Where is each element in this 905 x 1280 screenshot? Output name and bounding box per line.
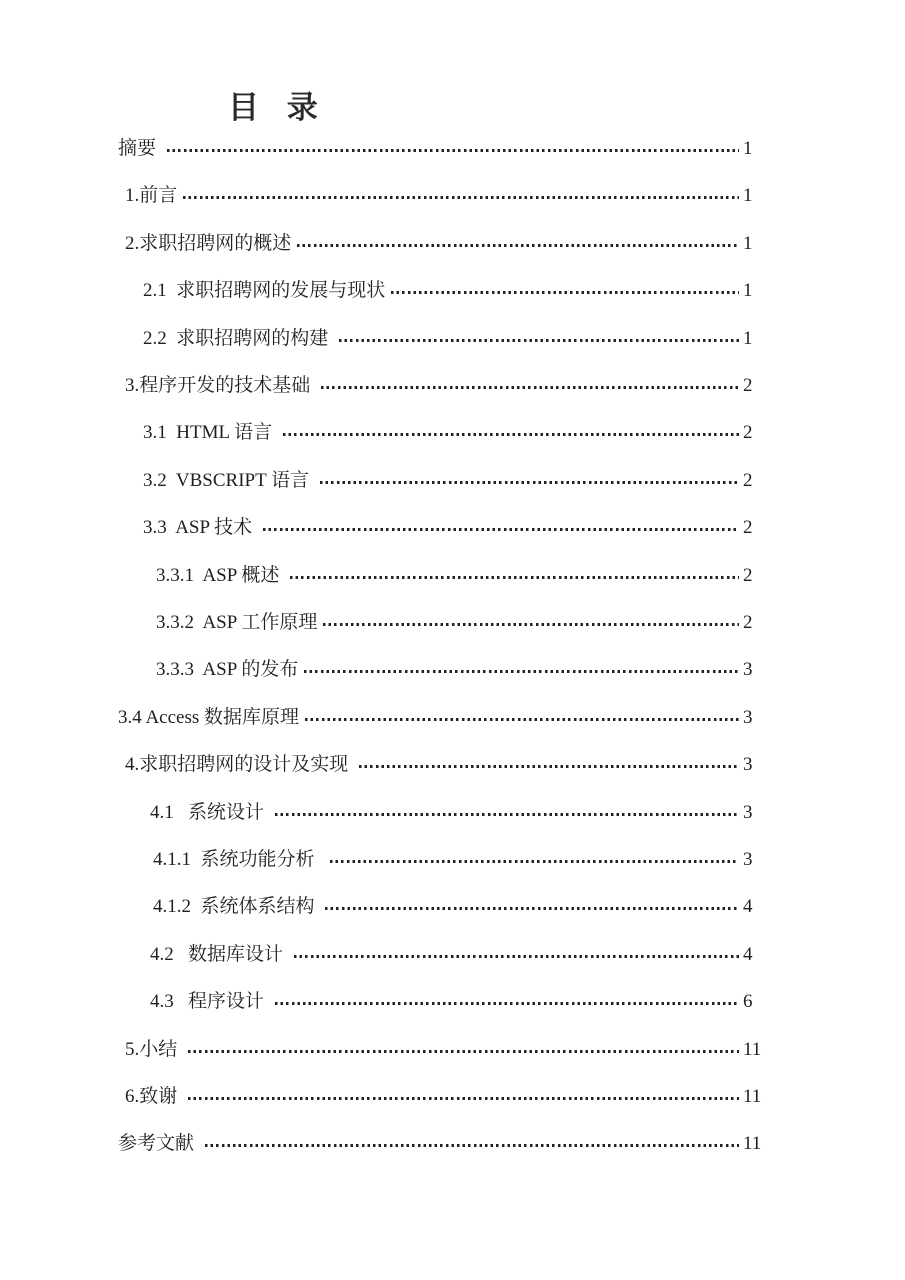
- dot-leader: [359, 765, 739, 768]
- dot-leader: [263, 528, 739, 531]
- toc-entry-label: 4.2 数据库设计: [150, 944, 288, 966]
- toc-entry-label: 3.3.2 ASP 工作原理: [156, 612, 317, 634]
- toc-entry-label: 4.1.2 系统体系结构: [153, 896, 319, 918]
- dot-leader: [391, 291, 739, 294]
- toc-entry-page: 3: [743, 707, 765, 729]
- toc-entry-label: 4.求职招聘网的设计及实现: [125, 754, 353, 776]
- dot-leader: [325, 907, 739, 910]
- toc-entry-page: 3: [743, 849, 765, 871]
- toc-entry: 2.2 求职招聘网的构建 1: [143, 328, 765, 350]
- toc-entry: 1.前言 1: [125, 185, 765, 207]
- toc-entry-label: 1.前言: [125, 185, 177, 207]
- toc-entry-page: 11: [743, 1086, 765, 1108]
- dot-leader: [205, 1144, 739, 1147]
- toc-entry-page: 1: [743, 233, 765, 255]
- toc-entry: 3.2 VBSCRIPT 语言 2: [143, 470, 765, 492]
- dot-leader: [188, 1097, 739, 1100]
- toc-entry: 4.1.1 系统功能分析 3: [153, 849, 765, 871]
- toc-entry-label: 3.1 HTML 语言: [143, 422, 277, 444]
- dot-leader: [183, 196, 739, 199]
- toc-entry-page: 3: [743, 659, 765, 681]
- toc-entry-label: 参考文献: [118, 1133, 199, 1155]
- toc-entry: 4.2 数据库设计 4: [150, 944, 765, 966]
- toc-entry-page: 1: [743, 185, 765, 207]
- dot-leader: [167, 149, 739, 152]
- toc-page: 目 录 摘要 1 1.前言 1 2.求职招聘网的概述 1 2.1 求职招聘网的发…: [0, 0, 905, 1280]
- dot-leader: [275, 1002, 739, 1005]
- toc-entry: 3.程序开发的技术基础 2: [125, 375, 765, 397]
- toc-entry: 6.致谢 11: [125, 1086, 765, 1108]
- dot-leader: [305, 718, 739, 721]
- toc-entry-label: 4.3 程序设计: [150, 991, 269, 1013]
- toc-entry-label: 3.3.3 ASP 的发布: [156, 659, 298, 681]
- toc-entry-page: 3: [743, 802, 765, 824]
- toc-entry-page: 2: [743, 422, 765, 444]
- dot-leader: [320, 481, 739, 484]
- dot-leader: [188, 1050, 739, 1053]
- toc-entry: 4.3 程序设计 6: [150, 991, 765, 1013]
- dot-leader: [294, 955, 739, 958]
- toc-entry-label: 2.求职招聘网的概述: [125, 233, 291, 255]
- toc-entry: 4.1 系统设计 3: [150, 802, 765, 824]
- toc-entry: 3.4 Access 数据库原理 3: [118, 707, 765, 729]
- toc-entry: 3.3.2 ASP 工作原理 2: [156, 612, 765, 634]
- toc-entry: 2.1 求职招聘网的发展与现状 1: [143, 280, 765, 302]
- toc-entry-label: 3.3 ASP 技术: [143, 517, 257, 539]
- toc-entry-page: 4: [743, 944, 765, 966]
- toc-entry-page: 1: [743, 280, 765, 302]
- toc-entry: 5.小结 11: [125, 1039, 765, 1061]
- toc-entry-page: 2: [743, 470, 765, 492]
- toc-entry: 摘要 1: [118, 138, 765, 160]
- dot-leader: [297, 244, 739, 247]
- toc-entry-page: 2: [743, 517, 765, 539]
- toc-entry-label: 5.小结: [125, 1039, 182, 1061]
- toc-entry-label: 4.1.1 系统功能分析: [153, 849, 324, 871]
- toc-entry: 参考文献 11: [118, 1133, 765, 1155]
- toc-entry-label: 摘要: [118, 138, 161, 160]
- dot-leader: [290, 576, 739, 579]
- toc-entry: 3.3.1 ASP 概述 2: [156, 565, 765, 587]
- dot-leader: [321, 386, 739, 389]
- toc-entry-page: 6: [743, 991, 765, 1013]
- toc-entry: 3.3 ASP 技术 2: [143, 517, 765, 539]
- toc-entry-label: 2.1 求职招聘网的发展与现状: [143, 280, 385, 302]
- dot-leader: [339, 339, 739, 342]
- toc-entry-page: 4: [743, 896, 765, 918]
- dot-leader: [275, 813, 739, 816]
- toc-entry-label: 3.3.1 ASP 概述: [156, 565, 284, 587]
- toc-entry-page: 3: [743, 754, 765, 776]
- toc-entry: 4.求职招聘网的设计及实现 3: [125, 754, 765, 776]
- toc-entry-page: 11: [743, 1133, 765, 1155]
- toc-entry-page: 11: [743, 1039, 765, 1061]
- toc-entry-label: 2.2 求职招聘网的构建: [143, 328, 333, 350]
- dot-leader: [304, 670, 739, 673]
- toc-entry-page: 2: [743, 565, 765, 587]
- dot-leader: [330, 860, 739, 863]
- toc-entry-page: 1: [743, 138, 765, 160]
- toc-entry-label: 3.4 Access 数据库原理: [118, 707, 299, 729]
- toc-entry-label: 4.1 系统设计: [150, 802, 269, 824]
- toc-entry: 3.3.3 ASP 的发布 3: [156, 659, 765, 681]
- toc-entry-page: 1: [743, 328, 765, 350]
- toc-entry-page: 2: [743, 375, 765, 397]
- dot-leader: [323, 623, 739, 626]
- toc-entry-label: 3.程序开发的技术基础: [125, 375, 315, 397]
- toc-entry-page: 2: [743, 612, 765, 634]
- toc-title: 目 录: [228, 91, 318, 125]
- toc-entry: 2.求职招聘网的概述 1: [125, 233, 765, 255]
- toc-entry: 3.1 HTML 语言 2: [143, 422, 765, 444]
- toc-entry-label: 6.致谢: [125, 1086, 182, 1108]
- toc-entry: 4.1.2 系统体系结构 4: [153, 896, 765, 918]
- toc-entry-label: 3.2 VBSCRIPT 语言: [143, 470, 314, 492]
- dot-leader: [283, 433, 739, 436]
